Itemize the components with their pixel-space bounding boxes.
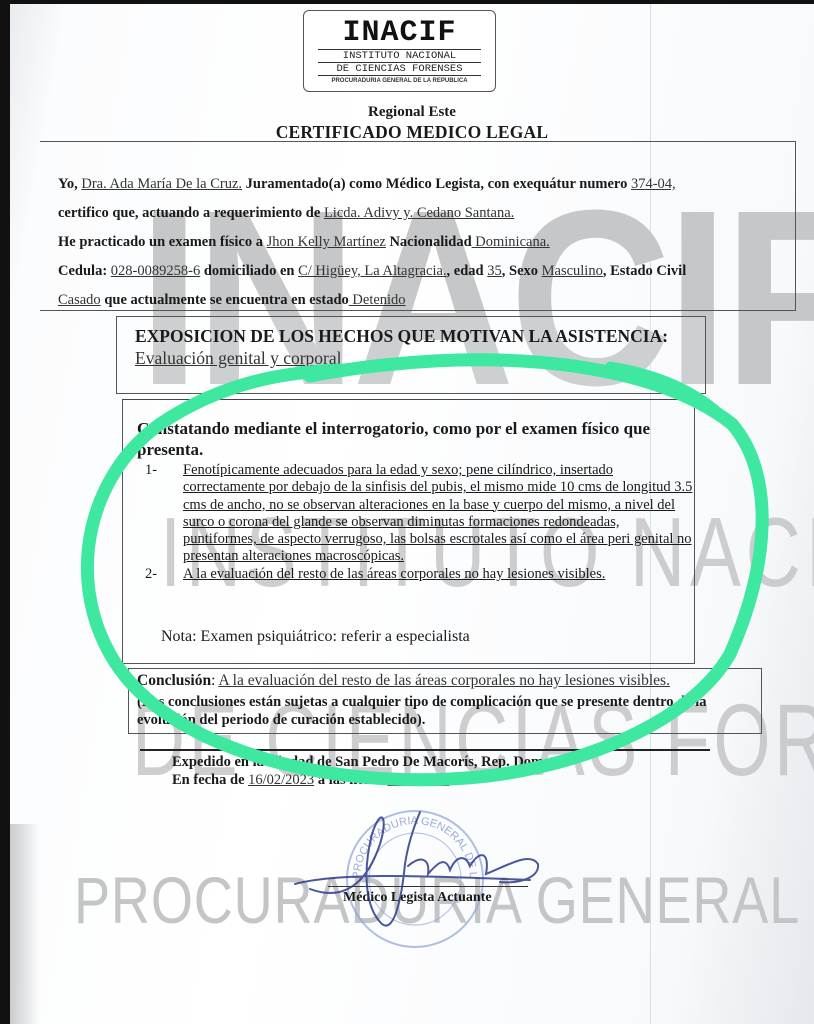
page-title: CERTIFICADO MEDICO LEGAL — [10, 122, 814, 143]
finding-text: A la evaluación del resto de las áreas c… — [183, 566, 605, 582]
certificate-page: INACIF INSTITUTO NACIONAL DE CIENCIAS FO… — [10, 4, 814, 1024]
requirente-name: Licda. Adivy y. Cedano Santana. — [324, 205, 514, 221]
certifico-label: certifico que, actuando a requerimiento … — [58, 205, 324, 221]
inacif-logo: INACIF INSTITUTO NACIONAL DE CIENCIAS FO… — [303, 10, 496, 92]
logo-name: INACIF — [304, 17, 495, 49]
regional-label: Regional Este — [10, 104, 814, 121]
identification-text: Yo, Dra. Ada María De la Cruz. Juramenta… — [58, 170, 686, 315]
nacionalidad-label: Nacionalidad — [386, 234, 472, 250]
estado-value: Detenido — [349, 292, 406, 308]
juramentado-label: Juramentado(a) como Médico Legista, con … — [242, 176, 631, 192]
issued-time-label: a las horas — [314, 772, 387, 788]
separator-line — [140, 749, 710, 751]
patient-name: Jhon Kelly Martínez — [267, 234, 386, 250]
issued-date-label: En fecha de — [172, 772, 248, 788]
findings-list: 1- Fenotípicamente adecuados para la eda… — [145, 462, 695, 583]
conclusion-value: A la evaluación del resto de las áreas c… — [218, 672, 670, 689]
exposicion-section: EXPOSICION DE LOS HECHOS QUE MOTIVAN LA … — [116, 316, 706, 394]
page-shadow — [10, 824, 40, 1024]
edad-value: 35 — [487, 263, 502, 279]
estado-civil-value: Casado — [58, 292, 101, 308]
logo-line3: PROCURADURIA GENERAL DE LA REPUBLICA — [304, 76, 495, 86]
issued-time: 10:41 a.m. — [388, 772, 450, 788]
sexo-value: Masculino — [542, 263, 603, 279]
doctor-name: Dra. Ada María De la Cruz. — [81, 176, 242, 192]
identification-section: Yo, Dra. Ada María De la Cruz. Juramenta… — [40, 141, 796, 311]
cedula-value: 028-0089258-6 — [111, 263, 200, 279]
yo-label: Yo, — [58, 176, 78, 192]
finding-item: 1- Fenotípicamente adecuados para la eda… — [145, 462, 695, 566]
findings-section: Constatando mediante el interrogatorio, … — [122, 399, 695, 664]
issued-city: Expedido en la Ciudad de San Pedro De Ma… — [172, 753, 550, 771]
nacionalidad-value: Dominicana. — [472, 234, 550, 250]
finding-number: 1- — [145, 462, 157, 479]
conclusion-label: Conclusión — [137, 672, 211, 689]
signature-label: Médico Legista Actuante — [343, 890, 492, 906]
finding-text: Fenotípicamente adecuados para la edad y… — [183, 462, 692, 564]
svg-text:PROCURADURIA GENERAL DE LA REP: PROCURADURIA GENERAL DE LA REPUBLICA — [340, 804, 479, 879]
sexo-label: , Sexo — [502, 263, 542, 279]
issued-date: 16/02/2023 — [248, 772, 314, 788]
findings-heading: Constatando mediante el interrogatorio, … — [137, 418, 697, 460]
conclusion-section: Conclusión: A la evaluación del resto de… — [128, 668, 762, 734]
estado-civil-label: , Estado Civil — [603, 263, 686, 279]
logo-line2: DE CIENCIAS FORENSES — [304, 63, 495, 75]
domicilio-value: C/ Higüey, La Altagracia. — [298, 263, 446, 279]
issued-section: Expedido en la Ciudad de San Pedro De Ma… — [172, 753, 550, 789]
official-seal-icon: PROCURADURIA GENERAL DE LA REPUBLICA — [340, 804, 490, 954]
domicilio-label: domiciliado en — [200, 263, 298, 279]
exequatur-number: 374-04, — [631, 176, 676, 192]
nota-text: Nota: Examen psiquiátrico: referir a esp… — [161, 628, 470, 646]
exposicion-value: Evaluación genital y corporal — [135, 348, 342, 368]
exposicion-label: EXPOSICION DE LOS HECHOS QUE MOTIVAN LA … — [135, 326, 668, 346]
cedula-label: Cedula: — [58, 263, 111, 279]
practicado-label: He practicado un examen físico a — [58, 234, 267, 250]
signature-line — [328, 886, 528, 887]
finding-number: 2- — [145, 566, 157, 583]
finding-item: 2- A la evaluación del resto de las área… — [145, 566, 695, 583]
estado-label: que actualmente se encuentra en estado — [101, 292, 349, 308]
logo-line1: INSTITUTO NACIONAL — [304, 50, 495, 62]
edad-label: , edad — [447, 263, 488, 279]
conclusion-disclaimer: (Las conclusiones están sujetas a cualqu… — [137, 693, 757, 729]
